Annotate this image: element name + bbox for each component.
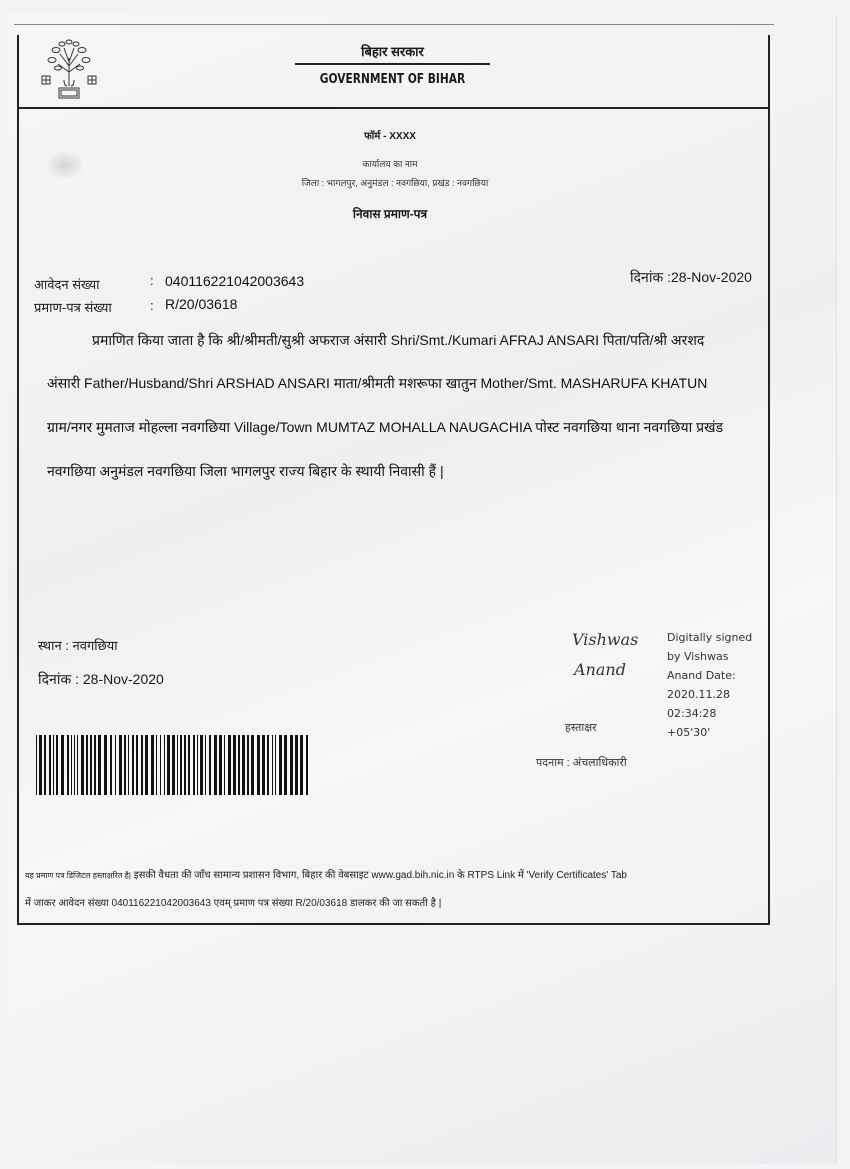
digital-signature-line: +05'30' — [667, 723, 757, 742]
place: स्थान : नवगछिया — [38, 636, 118, 654]
issue-date-bottom: दिनांक : 28-Nov-2020 — [38, 670, 164, 689]
digital-signature-block: Digitally signed by Vishwas Anand Date: … — [667, 628, 757, 742]
issue-date-top: दिनांक :28-Nov-2020 — [630, 268, 752, 287]
digital-signature-line: Digitally signed — [667, 628, 757, 647]
form-number: फॉर्म - XXXX — [300, 128, 480, 142]
signature-name-line1: Vishwas — [572, 630, 638, 649]
verification-note-text: इसकी वैधता की जाँच सामान्य प्रशासन विभाग… — [131, 870, 627, 881]
certificate-title: निवास प्रमाण-पत्र — [300, 205, 480, 222]
signature-name-line2: Anand — [574, 660, 626, 679]
header-divider — [17, 107, 770, 109]
signature-label: हस्ताक्षर — [565, 720, 597, 735]
digital-signature-line: by Vishwas — [667, 647, 757, 666]
verification-note-line1: यह प्रमाण पत्र डिजिटल हस्ताक्षरित है| इस… — [25, 867, 627, 881]
digital-signature-line: 02:34:28 — [667, 704, 757, 723]
digital-signature-line: 2020.11.28 — [667, 685, 757, 704]
title-underline — [295, 63, 490, 65]
body-line: नवगछिया अनुमंडल नवगछिया जिला भागलपुर राज… — [47, 462, 444, 481]
verification-note-line2: में जाकर आवेदन संख्या 040116221042003643… — [25, 895, 441, 909]
bihar-emblem-icon — [36, 36, 102, 102]
colon: : — [150, 273, 154, 288]
application-number-label: आवेदन संख्या — [34, 275, 100, 293]
office-name: कार्यालय का नाम — [300, 157, 480, 170]
government-title-english: GOVERNMENT OF BIHAR — [313, 72, 473, 87]
application-number-value: 040116221042003643 — [165, 273, 304, 289]
body-line: अंसारी Father/Husband/Shri ARSHAD ANSARI… — [47, 374, 707, 393]
designation: पदनाम : अंचलाधिकारी — [536, 755, 627, 770]
body-line: प्रमाणित किया जाता है कि श्री/श्रीमती/सु… — [92, 331, 704, 350]
barcode-icon — [36, 735, 312, 795]
government-title-hindi: बिहार सरकार — [295, 42, 490, 60]
digitally-signed-note: यह प्रमाण पत्र डिजिटल हस्ताक्षरित है| — [25, 871, 131, 880]
certificate-number-label: प्रमाण-पत्र संख्या — [34, 298, 112, 316]
office-location: जिला : भागलपुर, अनुमंडल : नवगछिया, प्रखं… — [250, 176, 540, 189]
certificate-number-value: R/20/03618 — [165, 296, 237, 312]
colon: : — [150, 298, 154, 313]
top-rule — [14, 24, 774, 25]
body-line: ग्राम/नगर मुमताज मोहल्ला नवगछिया Village… — [47, 418, 723, 437]
digital-signature-line: Anand Date: — [667, 666, 757, 685]
